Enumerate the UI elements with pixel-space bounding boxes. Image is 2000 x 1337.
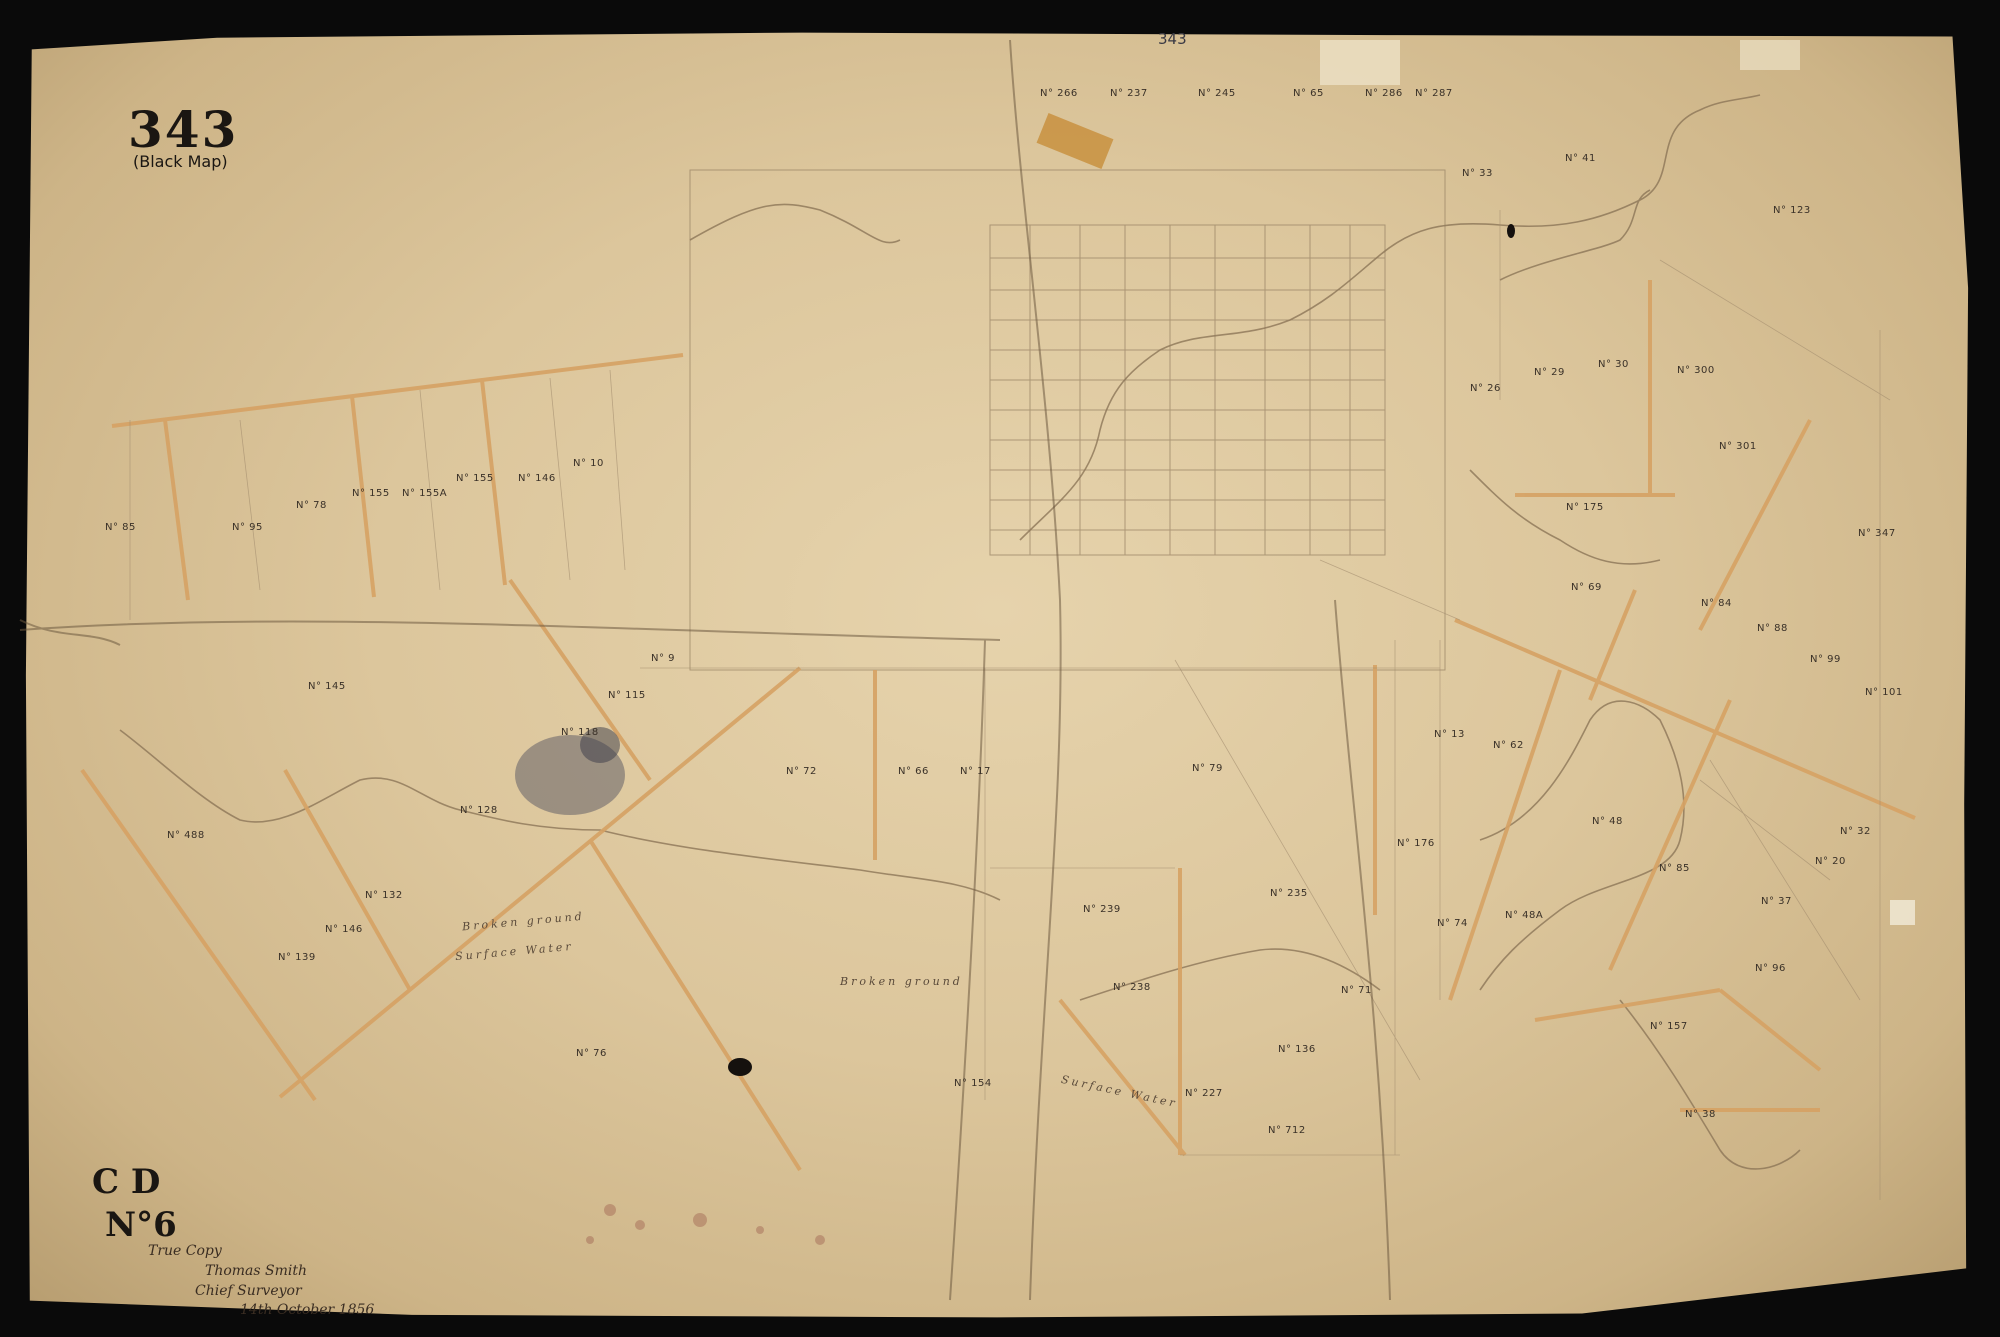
tape-patch bbox=[1037, 113, 1114, 169]
foxing-stains bbox=[586, 1204, 825, 1245]
lot-label: N° 101 bbox=[1865, 687, 1903, 698]
lot-label: N° 65 bbox=[1293, 88, 1324, 99]
lot-label: N° 71 bbox=[1341, 985, 1372, 996]
lot-label: N° 69 bbox=[1571, 582, 1602, 593]
paper-loss bbox=[1320, 40, 1400, 85]
lot-label: N° 155A bbox=[402, 488, 447, 499]
lot-label: N° 38 bbox=[1685, 1109, 1716, 1120]
lot-label: N° 176 bbox=[1397, 838, 1435, 849]
lot-label: N° 37 bbox=[1761, 896, 1792, 907]
lot-label: N° 20 bbox=[1815, 856, 1846, 867]
lot-label: N° 66 bbox=[898, 766, 929, 777]
lot-label: N° 175 bbox=[1566, 502, 1604, 513]
lot-label: N° 85 bbox=[1659, 863, 1690, 874]
lot-label: N° 30 bbox=[1598, 359, 1629, 370]
series-number: N°6 bbox=[105, 1208, 177, 1242]
lot-label: N° 95 bbox=[232, 522, 263, 533]
lot-label: N° 128 bbox=[460, 805, 498, 816]
lot-label: N° 48 bbox=[1592, 816, 1623, 827]
lot-label: N° 245 bbox=[1198, 88, 1236, 99]
lot-label: N° 74 bbox=[1437, 918, 1468, 929]
lot-label: N° 9 bbox=[651, 653, 675, 664]
lot-label: N° 88 bbox=[1757, 623, 1788, 634]
stamp-number: 343 bbox=[128, 100, 238, 159]
lot-label: N° 62 bbox=[1493, 740, 1524, 751]
lot-label: N° 157 bbox=[1650, 1021, 1688, 1032]
lot-label: N° 115 bbox=[608, 690, 646, 701]
lot-label: N° 146 bbox=[518, 473, 556, 484]
lot-label: N° 32 bbox=[1840, 826, 1871, 837]
annotation-broken-ground-2: Broken ground bbox=[840, 975, 963, 988]
lot-label: N° 154 bbox=[954, 1078, 992, 1089]
lot-label: N° 17 bbox=[960, 766, 991, 777]
ink-blot bbox=[728, 1058, 752, 1076]
lot-label: N° 300 bbox=[1677, 365, 1715, 376]
lot-label: N° 99 bbox=[1810, 654, 1841, 665]
top-catalog-number: 343 bbox=[1158, 30, 1187, 48]
signature-line-1: True Copy bbox=[148, 1243, 222, 1259]
lot-label: N° 155 bbox=[456, 473, 494, 484]
lot-label: N° 84 bbox=[1701, 598, 1732, 609]
lot-label: N° 347 bbox=[1858, 528, 1896, 539]
lot-label: N° 227 bbox=[1185, 1088, 1223, 1099]
lot-label: N° 488 bbox=[167, 830, 205, 841]
lot-label: N° 13 bbox=[1434, 729, 1465, 740]
signature-line-2: Thomas Smith bbox=[205, 1263, 307, 1279]
lot-label: N° 132 bbox=[365, 890, 403, 901]
lot-label: N° 48A bbox=[1505, 910, 1543, 921]
lot-label: N° 237 bbox=[1110, 88, 1148, 99]
lot-label: N° 266 bbox=[1040, 88, 1078, 99]
lot-label: N° 41 bbox=[1565, 153, 1596, 164]
lot-label: N° 136 bbox=[1278, 1044, 1316, 1055]
lot-label: N° 287 bbox=[1415, 88, 1453, 99]
lot-label: N° 118 bbox=[561, 727, 599, 738]
signature-line-3: Chief Surveyor bbox=[195, 1283, 302, 1299]
lot-label: N° 239 bbox=[1083, 904, 1121, 915]
lot-label: N° 235 bbox=[1270, 888, 1308, 899]
lot-label: N° 26 bbox=[1470, 383, 1501, 394]
lot-label: N° 72 bbox=[786, 766, 817, 777]
lot-label: N° 10 bbox=[573, 458, 604, 469]
town-grid bbox=[690, 170, 1445, 670]
lot-label: N° 146 bbox=[325, 924, 363, 935]
lot-label: N° 85 bbox=[105, 522, 136, 533]
lot-label: N° 712 bbox=[1268, 1125, 1306, 1136]
creeks bbox=[120, 95, 1800, 1169]
lot-label: N° 123 bbox=[1773, 205, 1811, 216]
lot-label: N° 33 bbox=[1462, 168, 1493, 179]
lot-label: N° 78 bbox=[296, 500, 327, 511]
lot-label: N° 29 bbox=[1534, 367, 1565, 378]
series-code: C D bbox=[92, 1165, 160, 1199]
signature-date: 14th October 1856 bbox=[240, 1302, 374, 1318]
lot-label: N° 155 bbox=[352, 488, 390, 499]
lot-label: N° 79 bbox=[1192, 763, 1223, 774]
road-reserves bbox=[82, 280, 1915, 1170]
lot-label: N° 286 bbox=[1365, 88, 1403, 99]
lot-label: N° 145 bbox=[308, 681, 346, 692]
map-linework bbox=[0, 0, 2000, 1337]
lot-label: N° 301 bbox=[1719, 441, 1757, 452]
lot-label: N° 238 bbox=[1113, 982, 1151, 993]
lot-label: N° 76 bbox=[576, 1048, 607, 1059]
stamp-subtitle: (Black Map) bbox=[133, 152, 228, 171]
lot-label: N° 96 bbox=[1755, 963, 1786, 974]
lot-label: N° 139 bbox=[278, 952, 316, 963]
